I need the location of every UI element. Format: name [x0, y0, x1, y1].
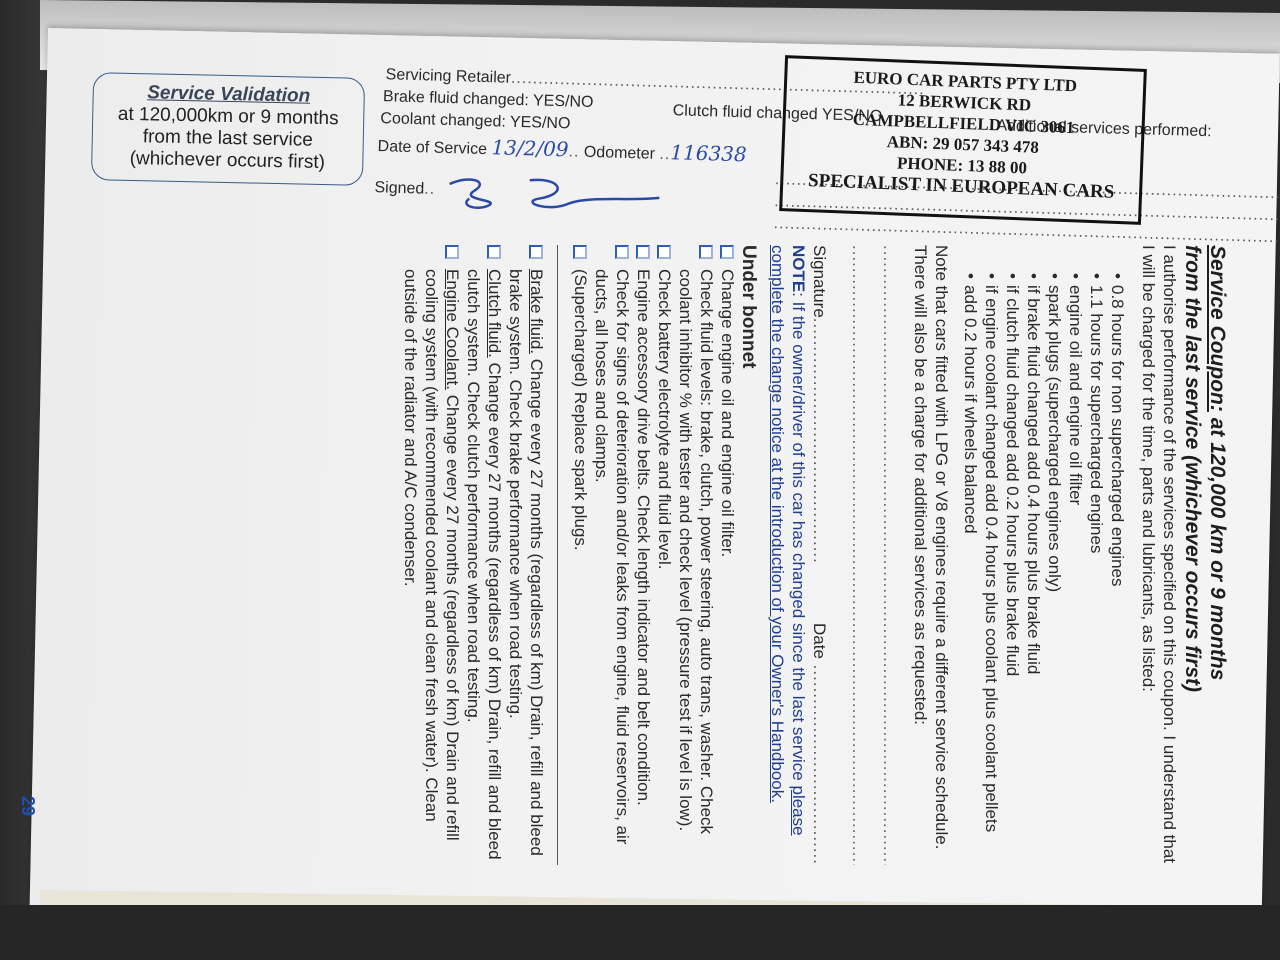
- charge-item: spark plugs (supercharged engines only): [1044, 273, 1065, 865]
- brake-fluid-label: Brake fluid changed: YES/NO: [383, 88, 594, 111]
- checklist-item: (Supercharged) Replace spark plugs.: [570, 245, 591, 865]
- signed-label: Signed: [374, 179, 424, 197]
- checkbox-icon[interactable]: [529, 245, 543, 259]
- signature-scribble: [439, 170, 680, 217]
- checkbox-icon[interactable]: [699, 245, 713, 259]
- checklist-item: Check fluid levels: brake, clutch, power…: [675, 245, 717, 865]
- checklist-item: Change engine oil and engine oil filter.: [717, 245, 738, 865]
- additional-request-line[interactable]: ........................................…: [879, 245, 900, 865]
- charge-list: 0.8 hours for non supercharged engines 1…: [960, 273, 1128, 865]
- signed-field[interactable]: Signed..: [374, 168, 680, 217]
- authorise-text: I authorise performance of the services …: [1138, 245, 1180, 865]
- servicing-retailer-label: Servicing Retailer: [385, 66, 511, 86]
- fluid-item: Engine Coolant. Change every 27 months (…: [400, 245, 463, 865]
- date-value: 13/2/09: [491, 135, 569, 161]
- service-validation-box: Service Validation at 120,000km or 9 mon…: [91, 72, 365, 186]
- page-number: 29: [17, 796, 38, 816]
- checklist-item: Check battery electrolyte and fluid leve…: [654, 245, 675, 865]
- additional-request-line[interactable]: ........................................…: [848, 245, 869, 865]
- checkbox-icon[interactable]: [615, 245, 629, 259]
- checkbox-icon[interactable]: [445, 245, 459, 259]
- charge-item: if brake fluid changed add 0.4 hours plu…: [1023, 273, 1044, 865]
- brake-fluid-field[interactable]: Brake fluid changed: YES/NO: [383, 88, 594, 112]
- checkbox-icon[interactable]: [720, 245, 734, 259]
- checkbox-icon[interactable]: [657, 245, 671, 259]
- charge-item: if engine coolant changed add 0.4 hours …: [981, 273, 1002, 865]
- lpg-note: Note that cars fitted with LPG or V8 eng…: [910, 245, 952, 865]
- checklist-item: Engine accessory drive belts. Check leng…: [633, 245, 654, 865]
- charge-item: add 0.2 hours if wheels balanced: [960, 273, 981, 865]
- retailer-stamp: EURO CAR PARTS PTY LTD 12 BERWICK RD CAM…: [779, 55, 1147, 225]
- charge-item: 0.8 hours for non supercharged engines: [1107, 273, 1128, 865]
- checkbox-icon[interactable]: [573, 245, 587, 259]
- checkbox-icon[interactable]: [636, 245, 650, 259]
- coupon-body: Service Coupon: at 120,000 km or 9 month…: [30, 245, 1230, 865]
- charge-item: if clutch fluid changed add 0.2 hours pl…: [1002, 273, 1023, 865]
- section-divider: [557, 245, 558, 865]
- date-field[interactable]: Date ...................................: [809, 623, 830, 865]
- coupon-title: Service Coupon: at 120,000 km or 9 month…: [1180, 245, 1230, 865]
- under-bonnet-heading: Under bonnet: [738, 245, 759, 865]
- date-of-service-field[interactable]: Date of Service 13/2/09.. Odometer ..116…: [377, 132, 747, 166]
- odometer-value: 116338: [670, 140, 747, 166]
- table-surface: [0, 905, 1280, 960]
- owner-change-note: NOTE: If the owner/driver of this car ha…: [767, 245, 809, 865]
- checklist-item: Check for signs of deterioration and/or …: [591, 245, 633, 865]
- validation-line: (whichever occurs first): [92, 147, 362, 175]
- signature-field[interactable]: Signature...............................…: [809, 245, 830, 564]
- coolant-field[interactable]: Coolant changed: YES/NO: [380, 110, 570, 133]
- coolant-label: Coolant changed: YES/NO: [380, 110, 570, 132]
- date-label: Date of Service: [377, 138, 487, 158]
- fluid-item: Brake fluid. Change every 27 months (reg…: [505, 245, 547, 865]
- charge-item: 1.1 hours for supercharged engines: [1086, 273, 1107, 865]
- charge-item: engine oil and engine oil filter: [1065, 273, 1086, 865]
- odometer-label: Odometer: [584, 144, 656, 163]
- signature-date-row: Signature...............................…: [809, 245, 830, 865]
- fluid-item: Clutch fluid. Change every 27 months (re…: [463, 245, 505, 865]
- checkbox-icon[interactable]: [487, 245, 501, 259]
